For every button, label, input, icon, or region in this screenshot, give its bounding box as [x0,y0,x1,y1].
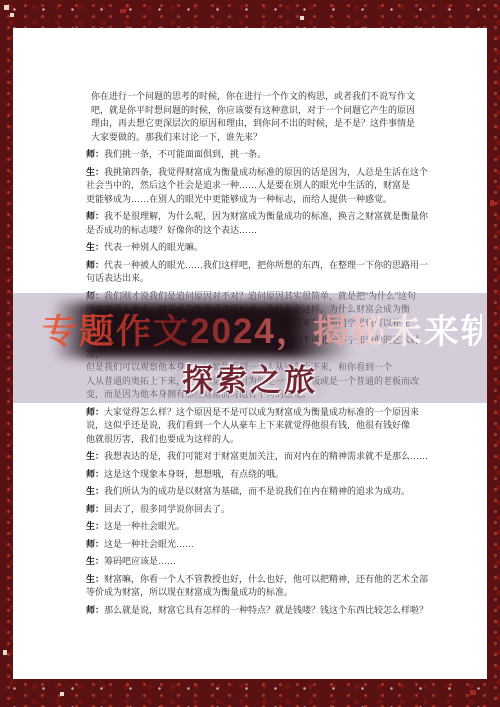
paragraph-text: 我们挑一条，不可能面面俱到，挑一条。 [104,149,266,159]
dialogue-paragraph: 生：代表一种别人的眼光嘛。 [86,241,431,255]
paragraph-text: 回去了，很多同学说你回去了。 [104,504,230,514]
dialogue-paragraph: 师：回去了，很多同学说你回去了。 [86,503,431,517]
frame-mark [60,692,64,696]
dialogue-paragraph: 生：财富嘛，你看一个人不管教授也好，什么也好，他可以把精神，还有他的艺术全部 等… [86,573,431,600]
speaker-label: 师： [86,211,104,221]
frame-mark [120,9,126,13]
speaker-label: 师： [86,260,104,270]
dialogue-paragraph: 师：这是这个现象本身呀，想想哦，有点绕的哦。 [86,468,431,482]
dialogue-paragraph: 师：大家觉得怎么样？这个原因是不是可以成为财富成为衡量成功标准的一个原因来 说，… [86,406,431,447]
frame-mark [3,650,7,655]
paragraph-text: 大家觉得怎么样？这个原因是不是可以成为财富成为衡量成功标准的一个原因来 说，这似… [86,407,419,444]
dialogue-paragraph: 生：我挑第四条，我觉得财富成为衡量成功标准的原因的话是因为，人总是生活在这个 社… [86,166,431,207]
paragraph-text: 我挑第四条，我觉得财富成为衡量成功标准的原因的话是因为，人总是生活在这个 社会当… [86,167,428,204]
dialogue-paragraph: 生：我想表达的是，我们可能对于财富更加关注，而对内在的精神需求就不是那么…… [86,450,431,464]
dialogue-paragraph: 师：代表一种被人的眼光……我们这样吧，把你所想的东西，在整理一下你的思路用一 句… [86,259,431,286]
paragraph-text: 我不是很理解，为什么呢，因为财富成为衡量成功的标准，换言之财富就是衡量你 是否成… [86,211,428,235]
paragraph-text: 我想表达的是，我们可能对于财富更加关注，而对内在的精神需求就不是那么…… [104,451,428,461]
paragraph-text: 这是一种社会眼光。 [104,521,185,531]
paragraph-text: 那么就是说，财富它具有怎样的一种特点？就是钱喽？钱这个东西比较怎么样啦？ [104,605,428,615]
dialogue-paragraph: 师：那么就是说，财富它具有怎样的一种特点？就是钱喽？钱这个东西比较怎么样啦？ [86,604,431,618]
speaker-label: 生： [86,167,104,177]
speaker-label: 师： [86,407,104,417]
frame-top [0,0,500,28]
paragraph-text: 代表一种别人的眼光嘛。 [104,242,203,252]
speaker-label: 师： [86,504,104,514]
paragraph-text: 这是这个现象本身呀，想想哦，有点绕的哦。 [104,469,284,479]
paragraph-text: 这是一种社会眼光…… [104,539,194,549]
speaker-label: 师： [86,149,104,159]
frame-mark [300,16,304,20]
dialogue-paragraph: 你在进行一个问题的思考的时候，你在进行一个作文的构思，或者我们不说写作文 吧，就… [86,90,431,144]
frame-mark [490,200,494,206]
dialogue-paragraph: 师：我们挑一条，不可能面面俱到，挑一条。 [86,148,431,162]
overlay-title-line2: 探索之旅 [0,355,500,400]
dialogue-paragraph: 生：筹码吧应该是…… [86,555,431,569]
speaker-label: 生： [86,242,104,252]
speaker-label: 生： [86,451,104,461]
frame-mark [10,13,14,17]
paragraph-text: 代表一种被人的眼光……我们这样吧，把你所想的东西，在整理一下你的思路用一 句话表… [86,260,428,284]
dialogue-paragraph: 师：这是一种社会眼光…… [86,538,431,552]
frame-bottom [0,679,500,707]
speaker-label: 生： [86,556,104,566]
dialogue-paragraph: 师：我不是很理解，为什么呢，因为财富成为衡量成功的标准，换言之财富就是衡量你 是… [86,210,431,237]
paragraph-text: 我们所认为的成功是以财富为基础，而不是说我们在内在精神的追求为成功。 [104,486,410,496]
paragraph-text: 筹码吧应该是…… [104,556,176,566]
frame-mark [4,5,9,10]
dialogue-paragraph: 生：这是一种社会眼光。 [86,520,431,534]
page: 你在进行一个问题的思考的时候，你在进行一个作文的构思，或者我们不说写作文 吧，就… [0,0,500,707]
paragraph-text: 你在进行一个问题的思考的时候，你在进行一个作文的构思，或者我们不说写作文 吧，就… [91,91,415,142]
speaker-label: 师： [86,605,104,615]
dialogue-paragraph: 生：我们所认为的成功是以财富为基础，而不是说我们在内在精神的追求为成功。 [86,485,431,499]
frame-left [0,0,13,707]
speaker-label: 生： [86,574,104,584]
frame-right [487,0,500,707]
speaker-label: 师： [86,469,104,479]
frame-mark [470,690,476,695]
speaker-label: 师： [86,539,104,549]
speaker-label: 生： [86,521,104,531]
speaker-label: 生： [86,486,104,496]
paragraph-text: 财富嘛，你看一个人不管教授也好，什么也好，他可以把精神，还有他的艺术全部 等价成… [86,574,428,598]
overlay-title-line1: 专题作文2024，揭秘未来轨迹 [42,314,482,350]
